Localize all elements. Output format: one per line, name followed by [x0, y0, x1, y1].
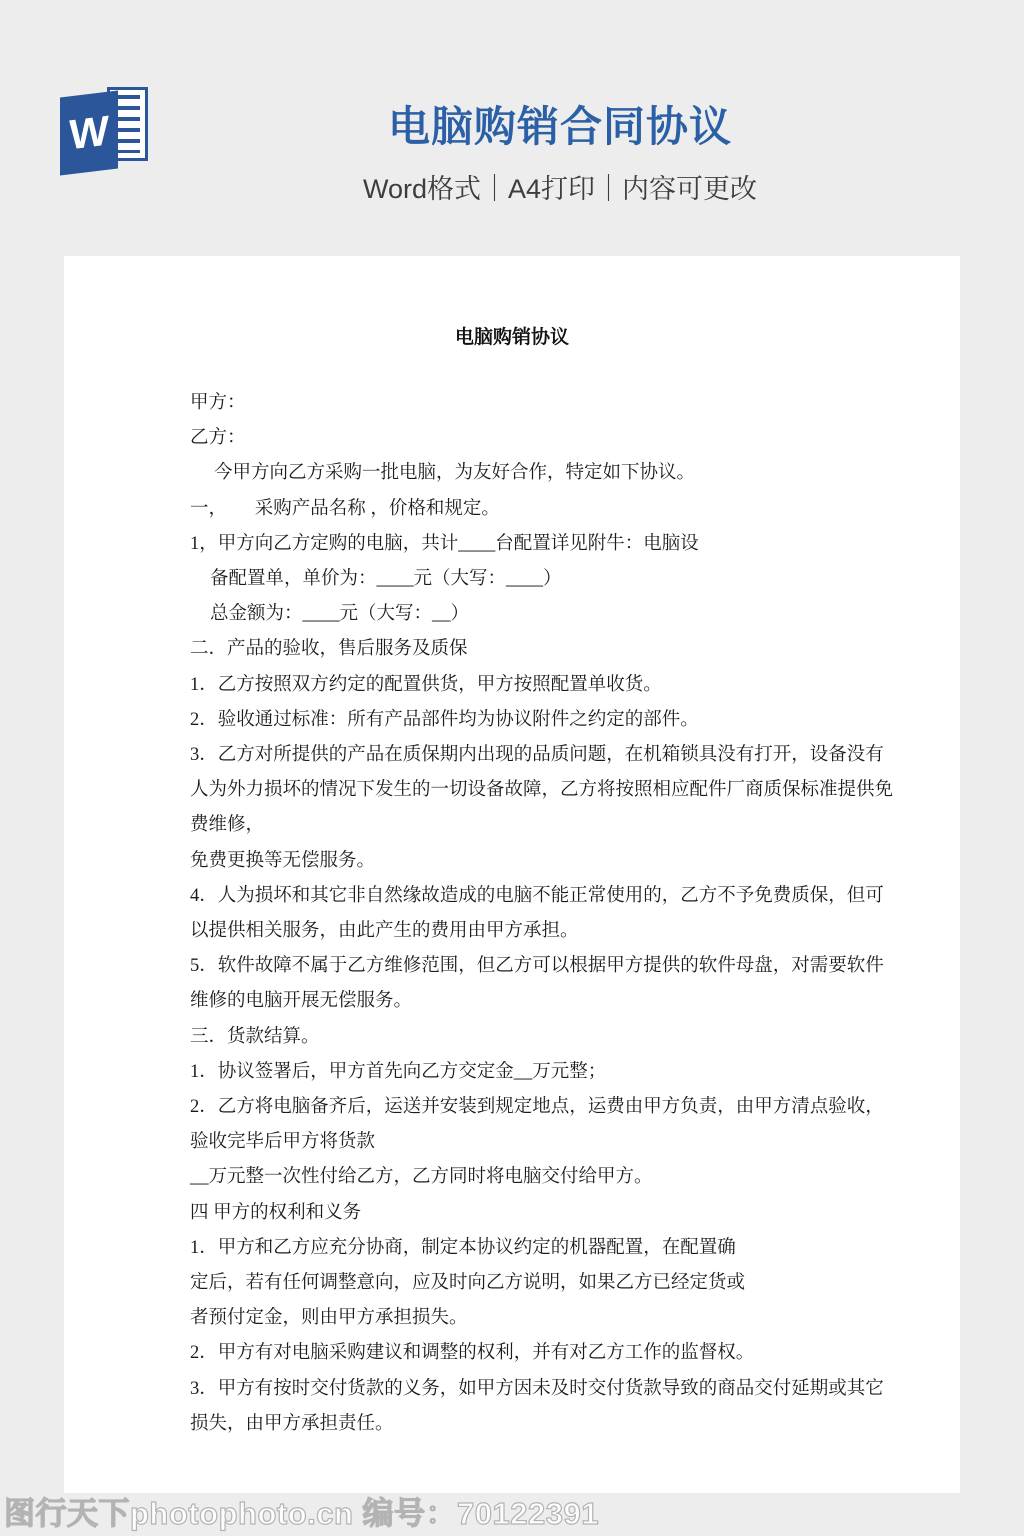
document-line: 3．甲方有按时交付货款的义务，如甲方因未及时交付货款导致的商品交付延期或其它	[190, 1372, 900, 1407]
document-page: 电脑购销协议 甲方：乙方：今甲方向乙方采购一批电脑，为友好合作，特定如下协议。一…	[64, 256, 960, 1493]
document-body: 甲方：乙方：今甲方向乙方采购一批电脑，为友好合作，特定如下协议。一， 采购产品名…	[190, 386, 900, 1442]
header-text: 电脑购销合同协议 Word格式｜A4打印｜内容可更改	[96, 0, 1024, 206]
document-line: 费维修，	[190, 808, 900, 843]
document-line: 人为外力损坏的情况下发生的一切设备故障，乙方将按照相应配件厂商质保标准提供免	[190, 773, 900, 808]
document-line: 2．乙方将电脑备齐后，运送并安装到规定地点，运费由甲方负责，由甲方清点验收，	[190, 1090, 900, 1125]
document-line: 1．乙方按照双方约定的配置供货，甲方按照配置单收货。	[190, 668, 900, 703]
document-line: 2．甲方有对电脑采购建议和调整的权利，并有对乙方工作的监督权。	[190, 1336, 900, 1371]
document-line: 今甲方向乙方采购一批电脑，为友好合作，特定如下协议。	[190, 456, 900, 491]
document-line: 三．货款结算。	[190, 1020, 900, 1055]
document-line: 维修的电脑开展无偿服务。	[190, 984, 900, 1019]
document-line: 甲方：	[190, 386, 900, 421]
document-line: 一， 采购产品名称 ，价格和规定。	[190, 492, 900, 527]
document-line: 1，甲方向乙方定购的电脑，共计____台配置详见附牛：电脑设	[190, 527, 900, 562]
page-title: 电脑购销合同协议	[96, 94, 1024, 154]
document-line: 以提供相关服务，由此产生的费用由甲方承担。	[190, 914, 900, 949]
document-line: __万元整一次性付给乙方，乙方同时将电脑交付给甲方。	[190, 1160, 900, 1195]
document-line: 二．产品的验收，售后服务及质保	[190, 632, 900, 667]
document-line: 3．乙方对所提供的产品在质保期内出现的品质问题，在机箱锁具没有打开，设备没有	[190, 738, 900, 773]
document-line: 损失，由甲方承担责任。	[190, 1407, 900, 1442]
document-line: 5．软件故障不属于乙方维修范围，但乙方可以根据甲方提供的软件母盘，对需要软件	[190, 949, 900, 984]
document-line: 总金额为：____元（大写：__）	[190, 597, 900, 632]
document-line: 四 甲方的权利和义务	[190, 1196, 900, 1231]
document-line: 1．甲方和乙方应充分协商，制定本协议约定的机器配置，在配置确	[190, 1231, 900, 1266]
document-line: 验收完毕后甲方将货款	[190, 1125, 900, 1160]
document-line: 4．人为损坏和其它非自然缘故造成的电脑不能正常使用的，乙方不予免费质保，但可	[190, 879, 900, 914]
watermark-text: 图行天下photophoto.cn 编号：70122391	[4, 1488, 599, 1533]
document-line: 乙方：	[190, 421, 900, 456]
document-line: 定后，若有任何调整意向，应及时向乙方说明，如果乙方已经定货或	[190, 1266, 900, 1301]
document-line: 2．验收通过标准：所有产品部件均为协议附件之约定的部件。	[190, 703, 900, 738]
document-line: 备配置单，单价为：____元（大写：____）	[190, 562, 900, 597]
document-title: 电脑购销协议	[64, 322, 960, 349]
page-subtitle: Word格式｜A4打印｜内容可更改	[96, 167, 1024, 206]
document-line: 1．协议签署后，甲方首先向乙方交定金__万元整；	[190, 1055, 900, 1090]
document-line: 者预付定金，则由甲方承担损失。	[190, 1301, 900, 1336]
document-line: 免费更换等无偿服务。	[190, 844, 900, 879]
